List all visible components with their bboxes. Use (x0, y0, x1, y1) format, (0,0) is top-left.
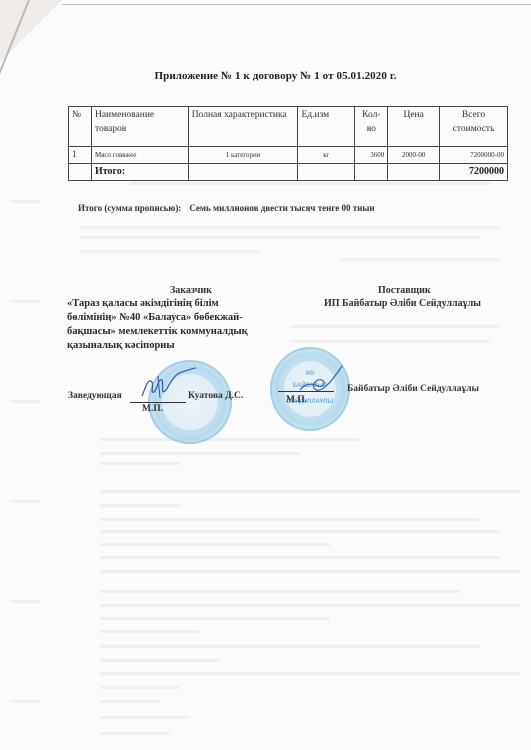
header-description: Полная характеристика (188, 107, 298, 147)
cell-price: 2000-00 (388, 147, 440, 164)
folded-corner (0, 0, 62, 62)
header-price: Цена (388, 107, 440, 147)
supplier-name: ИП Байбатыр Әліби Сейдуллаұлы (324, 298, 481, 309)
table-row: 1 Мясо говяжее 1 категории кг 3600 2000-… (69, 147, 508, 164)
customer-signer-title: Заведующая (68, 391, 122, 401)
total-value: 7200000 (440, 164, 508, 181)
sum-in-words-value: Семь миллионов двести тысяч тенге 00 тиы… (189, 203, 374, 213)
total-empty-price (388, 164, 440, 181)
header-qty: Кол-во (355, 107, 388, 147)
scanned-document-page: Приложение № 1 к договору № 1 от 05.01.2… (0, 0, 531, 750)
customer-name-line: «Тараз қаласы әкімдігінің білім (67, 297, 277, 311)
total-empty-num (69, 164, 92, 181)
total-empty-desc (188, 164, 298, 181)
cell-total: 7200000-00 (440, 147, 508, 164)
supplier-signer-name: Байбатыр Әліби Сейдуллаұлы (347, 384, 479, 394)
header-unit: Ед.изм (298, 107, 355, 147)
page-top-edge (62, 4, 531, 5)
customer-name-line: бөлімінің» №40 «Балауса» бөбекжай- (67, 311, 277, 325)
total-label: Итого: (91, 164, 188, 181)
header-num: № (69, 107, 92, 147)
cell-qty: 3600 (355, 147, 388, 164)
document-title: Приложение № 1 к договору № 1 от 05.01.2… (0, 70, 531, 82)
total-empty-unit (298, 164, 355, 181)
goods-table: № Наименование товаров Полная характерис… (68, 106, 508, 181)
header-name: Наименование товаров (91, 107, 188, 147)
customer-name-line: қазыналық кәсіпорны (67, 339, 277, 353)
cell-num: 1 (69, 147, 92, 164)
customer-seal-label: М.П. (142, 404, 163, 414)
cell-unit: кг (298, 147, 355, 164)
stamp-text: СЕЙДУЛЛАҰЛЫ (272, 399, 348, 405)
customer-name-line: бақшасы» мемлекеттік коммуналдық (67, 325, 277, 339)
sum-in-words: Итого (сумма прописью):Семь миллионов дв… (78, 203, 375, 213)
sum-in-words-label: Итого (сумма прописью): (78, 203, 181, 213)
table-total-row: Итого: 7200000 (69, 164, 508, 181)
cell-description: 1 категории (188, 147, 298, 164)
cell-name: Мясо говяжее (91, 147, 188, 164)
customer-signature (138, 366, 198, 404)
supplier-heading: Поставщик (378, 285, 431, 296)
customer-heading: Заказчик (170, 285, 212, 296)
header-total: Всего стоимость (440, 107, 508, 147)
supplier-signature (296, 364, 346, 398)
customer-name: «Тараз қаласы әкімдігінің білім бөліміні… (67, 297, 277, 353)
table-header-row: № Наименование товаров Полная характерис… (69, 107, 508, 147)
total-empty-qty (355, 164, 388, 181)
